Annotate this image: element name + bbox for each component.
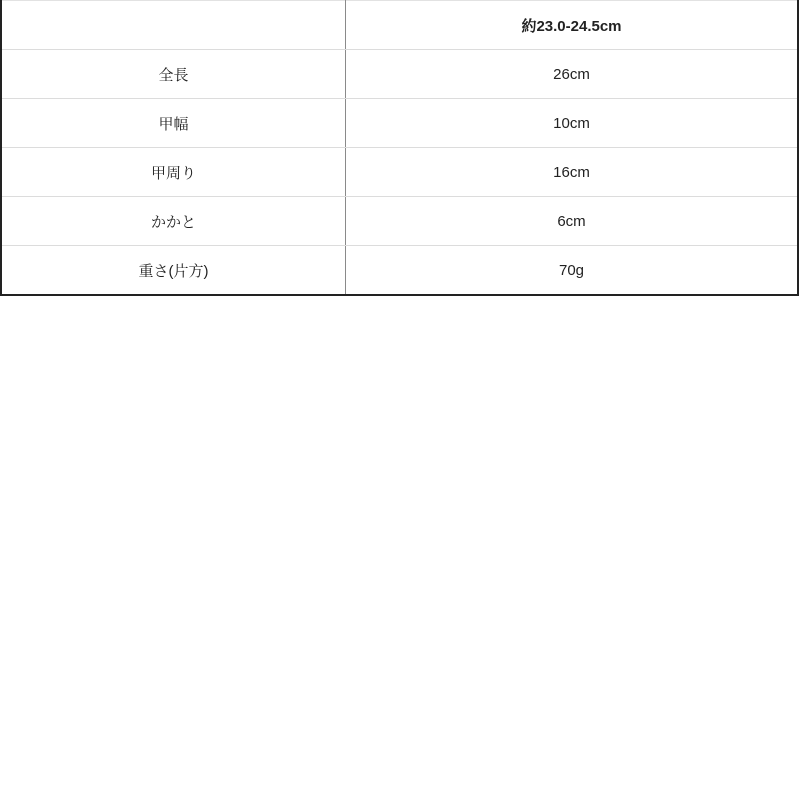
table-row: 甲幅 10cm <box>1 99 798 148</box>
row-label-weight: 重さ(片方) <box>1 246 346 296</box>
row-value-instep-circumference: 16cm <box>346 148 799 197</box>
row-label-instep-circumference: 甲周り <box>1 148 346 197</box>
row-value-heel: 6cm <box>346 197 799 246</box>
row-label-instep-width: 甲幅 <box>1 99 346 148</box>
header-size-cell: 約23.0-24.5cm <box>346 1 799 50</box>
size-spec-table: 約23.0-24.5cm 全長 26cm 甲幅 10cm 甲周り 16cm かか… <box>0 0 799 296</box>
table-row: 全長 26cm <box>1 50 798 99</box>
table-header-row: 約23.0-24.5cm <box>1 1 798 50</box>
table-row: 重さ(片方) 70g <box>1 246 798 296</box>
header-label-cell <box>1 1 346 50</box>
table-row: 甲周り 16cm <box>1 148 798 197</box>
row-value-total-length: 26cm <box>346 50 799 99</box>
row-label-total-length: 全長 <box>1 50 346 99</box>
row-label-heel: かかと <box>1 197 346 246</box>
row-value-instep-width: 10cm <box>346 99 799 148</box>
row-value-weight: 70g <box>346 246 799 296</box>
table-row: かかと 6cm <box>1 197 798 246</box>
